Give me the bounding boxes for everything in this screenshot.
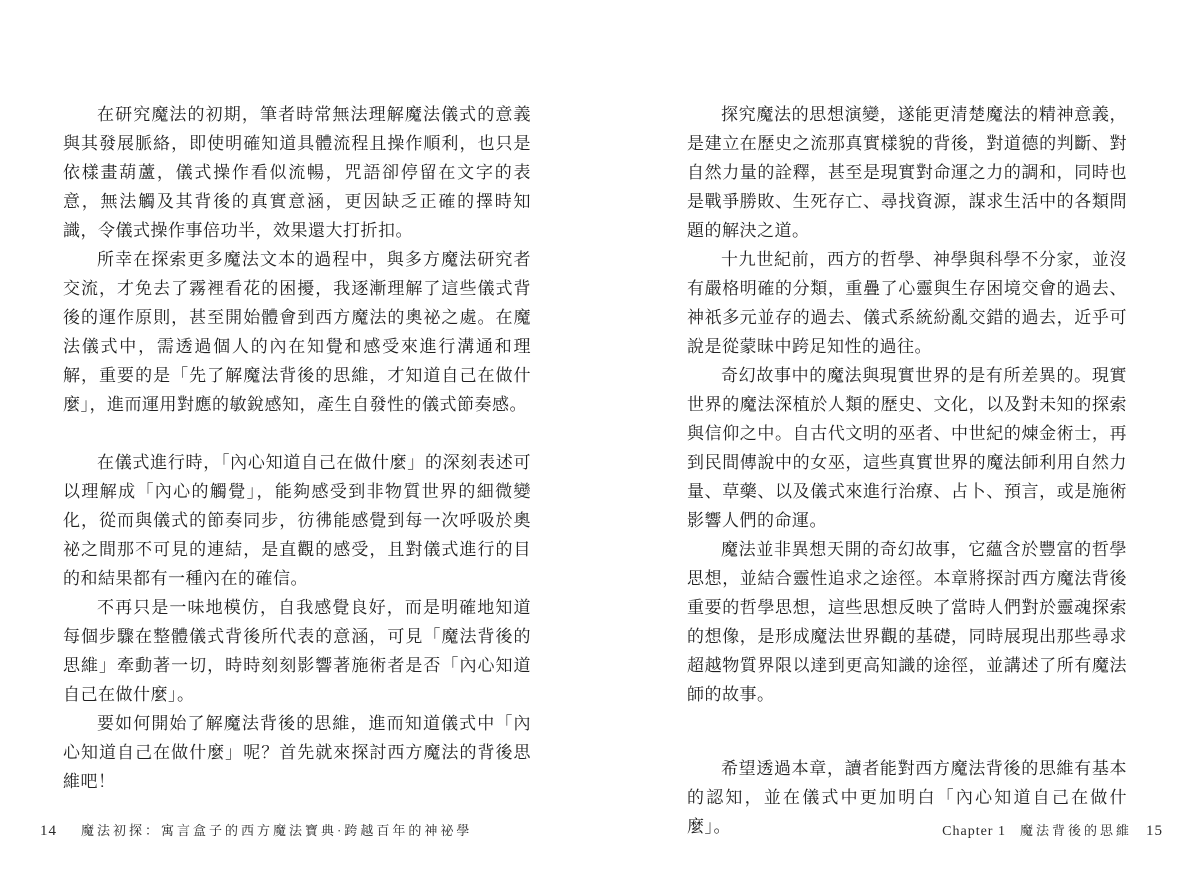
book-title: 魔法初探：寓言盒子的西方魔法寶典·跨越百年的神祕學 bbox=[81, 820, 472, 839]
page-left-body: 在研究魔法的初期，筆者時常無法理解魔法儀式的意義與其發展脈絡，即使明確知道具體流… bbox=[63, 100, 531, 796]
paragraph: 所幸在探索更多魔法文本的過程中，與多方魔法研究者交流，才免去了霧裡看花的困擾，我… bbox=[63, 245, 531, 419]
paragraph: 十九世紀前，西方的哲學、神學與科學不分家，並沒有嚴格明確的分類，重疊了心靈與生存… bbox=[687, 245, 1127, 361]
paragraph: 在儀式進行時，「內心知道自己在做什麼」的深刻表述可以理解成「內心的觸覺」，能夠感… bbox=[63, 448, 531, 593]
paragraph: 奇幻故事中的魔法與現實世界的是有所差異的。現實世界的魔法深植於人類的歷史、文化，… bbox=[687, 361, 1127, 535]
page-number-left: 14 bbox=[40, 823, 57, 840]
footer-right: Chapter 1 魔法背後的思維 15 bbox=[942, 820, 1163, 840]
page-right-body: 探究魔法的思想演變，遂能更清楚魔法的精神意義，是建立在歷史之流那真實樣貌的背後，… bbox=[687, 100, 1127, 841]
book-spread: 在研究魔法的初期，筆者時常無法理解魔法儀式的意義與其發展脈絡，即使明確知道具體流… bbox=[0, 0, 1200, 895]
footer-left: 14 魔法初探：寓言盒子的西方魔法寶典·跨越百年的神祕學 bbox=[40, 820, 472, 840]
paragraph: 在研究魔法的初期，筆者時常無法理解魔法儀式的意義與其發展脈絡，即使明確知道具體流… bbox=[63, 100, 531, 245]
paragraph: 探究魔法的思想演變，遂能更清楚魔法的精神意義，是建立在歷史之流那真實樣貌的背後，… bbox=[687, 100, 1127, 245]
chapter-label: Chapter 1 bbox=[942, 824, 1006, 840]
page-number-right: 15 bbox=[1146, 823, 1163, 840]
chapter-title: 魔法背後的思維 bbox=[1020, 820, 1132, 839]
paragraph: 要如何開始了解魔法背後的思維，進而知道儀式中「內心知道自己在做什麼」呢？首先就來… bbox=[63, 709, 531, 796]
paragraph: 魔法並非異想天開的奇幻故事，它蘊含於豐富的哲學思想，並結合靈性追求之途徑。本章將… bbox=[687, 535, 1127, 709]
paragraph: 不再只是一味地模仿，自我感覺良好，而是明確地知道每個步驟在整體儀式背後所代表的意… bbox=[63, 593, 531, 709]
